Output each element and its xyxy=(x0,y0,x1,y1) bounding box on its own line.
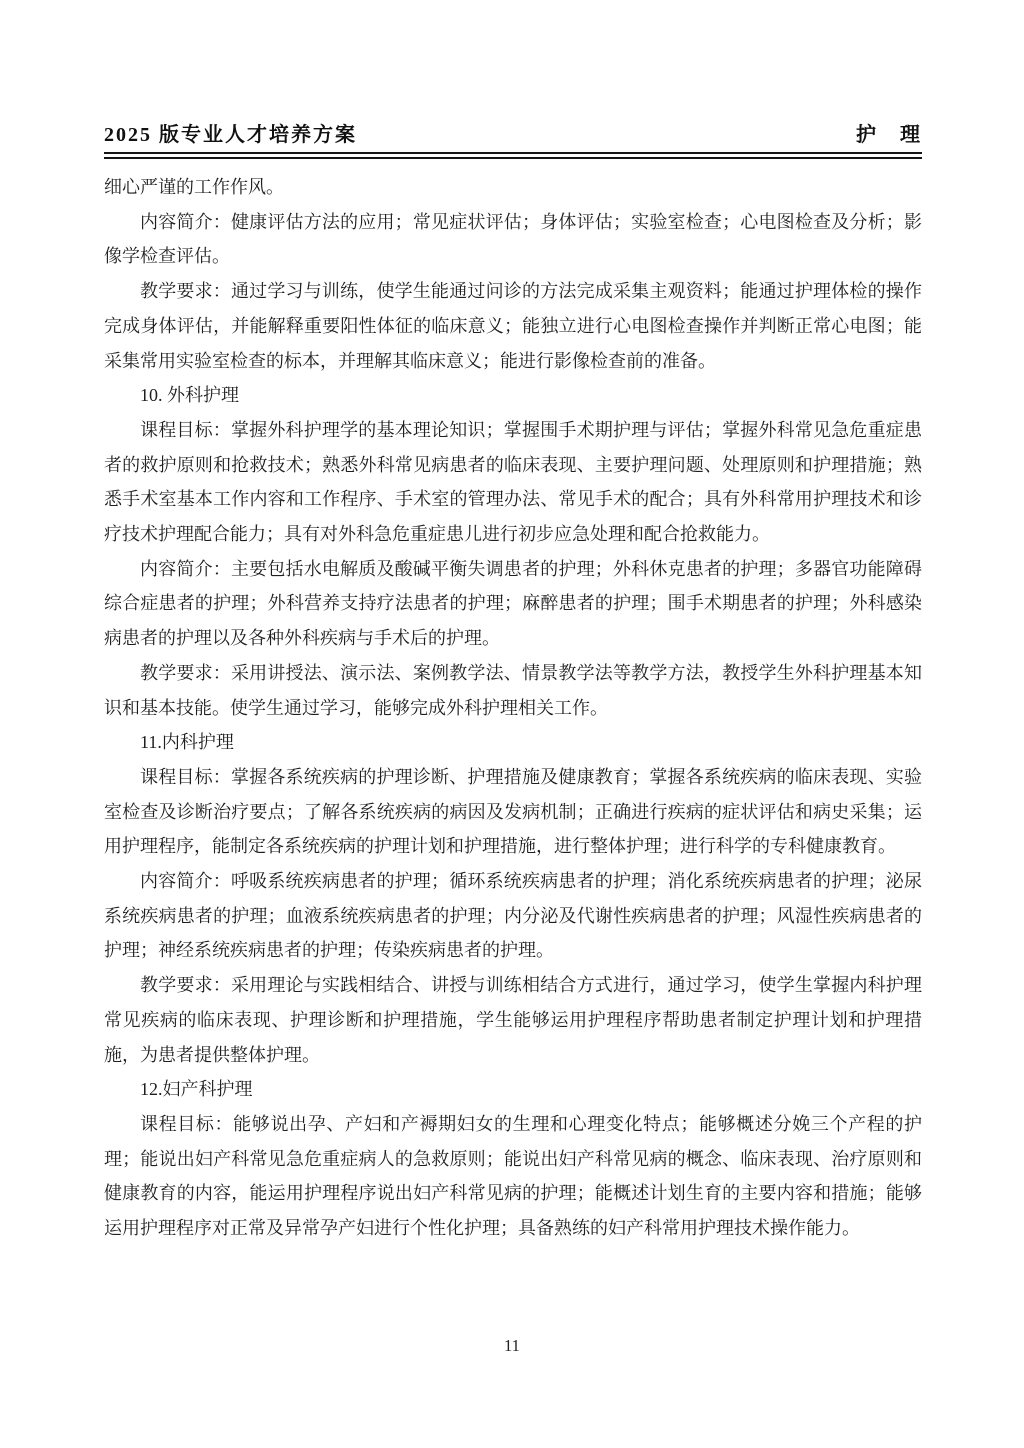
paragraph: 课程目标：掌握各系统疾病的护理诊断、护理措施及健康教育；掌握各系统疾病的临床表现… xyxy=(104,760,922,864)
header-double-rule xyxy=(104,152,922,159)
paragraph: 课程目标：掌握外科护理学的基本理论知识；掌握围手术期护理与评估；掌握外科常见急危… xyxy=(104,413,922,552)
header-title-right: 护 理 xyxy=(856,118,922,147)
course-heading: 11.内科护理 xyxy=(104,725,922,760)
paragraph: 内容简介：呼吸系统疾病患者的护理；循环系统疾病患者的护理；消化系统疾病患者的护理… xyxy=(104,864,922,968)
paragraph: 教学要求：采用讲授法、演示法、案例教学法、情景教学法等教学方法，教授学生外科护理… xyxy=(104,656,922,725)
page-number: 11 xyxy=(504,1336,520,1355)
page-footer: 11 xyxy=(0,1336,1024,1356)
paragraph: 内容简介：健康评估方法的应用；常见症状评估；身体评估；实验室检查；心电图检查及分… xyxy=(104,205,922,274)
paragraph: 教学要求：采用理论与实践相结合、讲授与训练相结合方式进行，通过学习，使学生掌握内… xyxy=(104,968,922,1072)
header-row: 2025 版专业人才培养方案 护 理 xyxy=(104,118,922,152)
paragraph: 教学要求：通过学习与训练，使学生能通过问诊的方法完成采集主观资料；能通过护理体检… xyxy=(104,274,922,378)
course-heading: 10. 外科护理 xyxy=(104,378,922,413)
page-header: 2025 版专业人才培养方案 护 理 xyxy=(104,118,922,159)
document-page: 2025 版专业人才培养方案 护 理 细心严谨的工作作风。内容简介：健康评估方法… xyxy=(0,0,1024,1448)
paragraph: 课程目标：能够说出孕、产妇和产褥期妇女的生理和心理变化特点；能够概述分娩三个产程… xyxy=(104,1107,922,1246)
paragraph: 内容简介：主要包括水电解质及酸碱平衡失调患者的护理；外科休克患者的护理；多器官功… xyxy=(104,552,922,656)
header-title-left: 2025 版专业人才培养方案 xyxy=(104,118,357,147)
course-heading: 12.妇产科护理 xyxy=(104,1072,922,1107)
paragraph: 细心严谨的工作作风。 xyxy=(104,170,922,205)
document-body: 细心严谨的工作作风。内容简介：健康评估方法的应用；常见症状评估；身体评估；实验室… xyxy=(104,170,922,1246)
